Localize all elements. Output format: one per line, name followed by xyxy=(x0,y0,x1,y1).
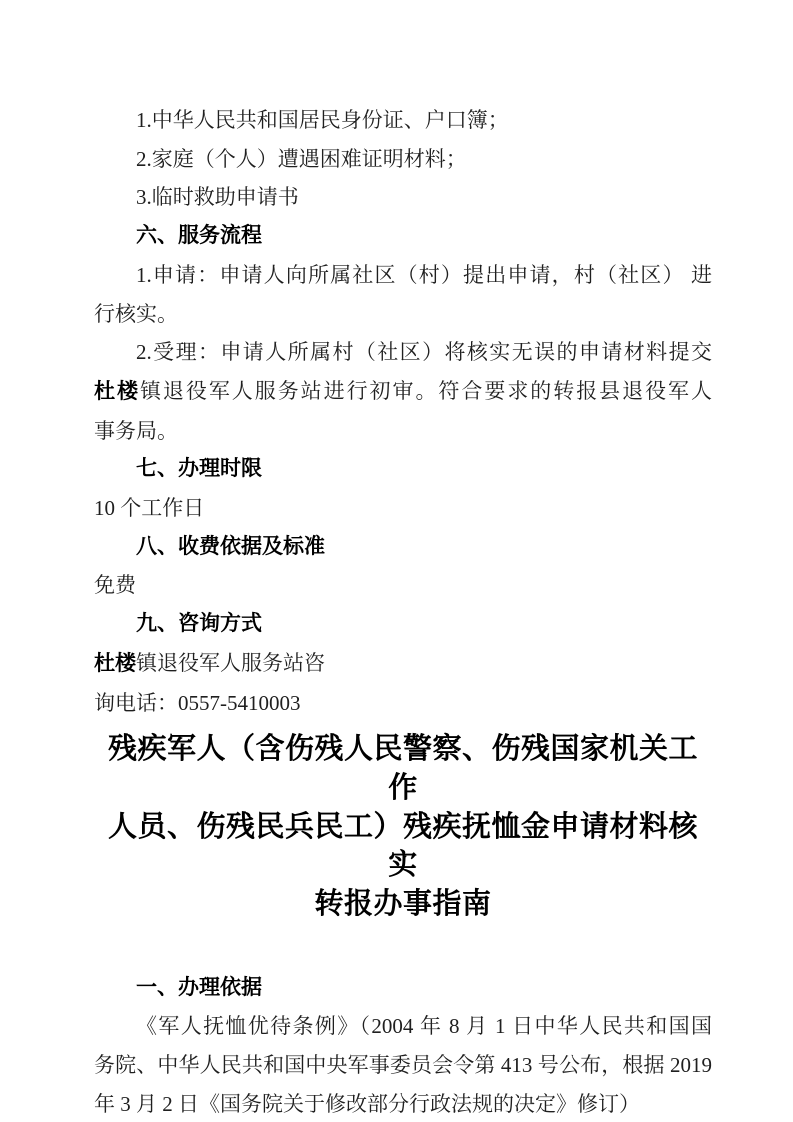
flow-step1-line2: 行核实。 xyxy=(94,295,712,334)
town-name-bold: 杜楼 xyxy=(94,652,136,675)
flow-step2-line2: 杜楼镇退役军人服务站进行初审。符合要求的转报县退役军人 xyxy=(94,372,712,412)
section-nine-heading: 九、咨询方式 xyxy=(94,605,712,644)
legal-basis-line3: 年 3 月 2 日《国务院关于修改部分行政法规的决定》修订） xyxy=(94,1085,712,1122)
contact-line1-rest: 镇退役军人服务站咨 xyxy=(136,651,325,675)
material-item-2: 2.家庭（个人）遭遇困难证明材料； xyxy=(94,140,712,179)
flow-step2-line1: 2.受理：申请人所属村（社区）将核实无误的申请材料提交 xyxy=(94,333,712,372)
document-title-line-1: 残疾军人（含伤残人民警察、伤残国家机关工作 xyxy=(94,730,712,807)
material-item-1: 1.中华人民共和国居民身份证、户口簿； xyxy=(94,101,712,140)
town-name-bold: 杜楼 xyxy=(94,380,140,403)
document-title-line-2: 人员、伤残民兵民工）残疾抚恤金申请材料核实 xyxy=(94,808,712,885)
section-one-heading: 一、办理依据 xyxy=(94,969,712,1008)
document-page: 1.中华人民共和国居民身份证、户口簿； 2.家庭（个人）遭遇困难证明材料； 3.… xyxy=(0,0,793,1122)
material-item-3: 3.临时救助申请书 xyxy=(94,178,712,217)
document-content: 1.中华人民共和国居民身份证、户口簿； 2.家庭（个人）遭遇困难证明材料； 3.… xyxy=(94,101,712,1122)
section-seven-heading: 七、办理时限 xyxy=(94,450,712,489)
time-limit-text: 10 个工作日 xyxy=(94,489,712,528)
legal-basis-line2: 务院、中华人民共和国中央军事委员会令第 413 号公布，根据 2019 xyxy=(94,1046,712,1085)
legal-basis-line1: 《军人抚恤优待条例》（2004 年 8 月 1 日中华人民共和国国 xyxy=(94,1007,712,1046)
contact-phone-line: 询电话：0557-5410003 xyxy=(94,684,712,723)
document-title-line-3: 转报办事指南 xyxy=(94,885,712,924)
section-six-heading: 六、服务流程 xyxy=(94,217,712,256)
section-eight-heading: 八、收费依据及标准 xyxy=(94,528,712,567)
flow-step1-line1: 1.申请：申请人向所属社区（村）提出申请，村（社区） 进 xyxy=(94,256,712,295)
contact-line1: 杜楼镇退役军人服务站咨 xyxy=(94,644,712,684)
document-title: 残疾军人（含伤残人民警察、伤残国家机关工作 人员、伤残民兵民工）残疾抚恤金申请材… xyxy=(94,730,712,924)
fee-text: 免费 xyxy=(94,566,712,605)
flow-step2-line2-rest: 镇退役军人服务站进行初审。符合要求的转报县退役军人 xyxy=(140,379,712,403)
flow-step2-line3: 事务局。 xyxy=(94,412,712,451)
